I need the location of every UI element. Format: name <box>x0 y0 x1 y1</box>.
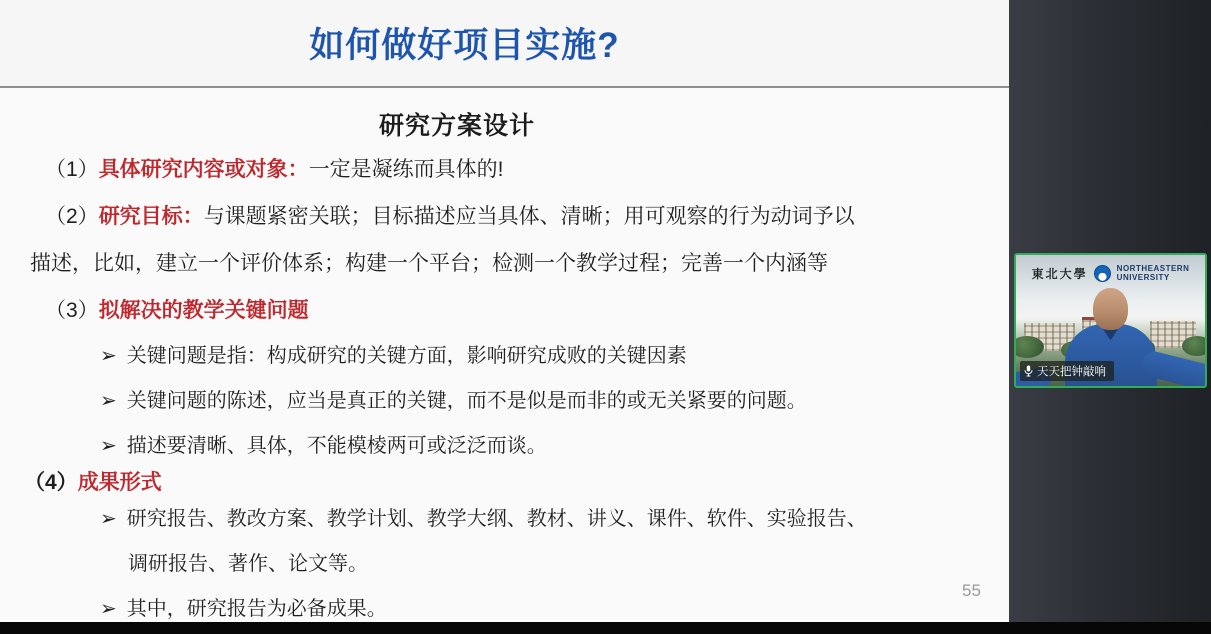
item-number: （4） <box>24 471 78 494</box>
item-number: （1） <box>45 158 99 181</box>
speaker-head <box>1093 288 1128 330</box>
university-name-english: NORTHEASTERN UNIVERSITY <box>1117 264 1190 282</box>
slide-title: 如何做好项目实施? <box>309 18 619 68</box>
list-item-2: （2）研究目标：与课题紧密关联；目标描述应当具体、清晰；用可观察的行为动词予以 <box>45 204 855 230</box>
bullet-text: 研究报告、教改方案、教学计划、教学大纲、教材、讲义、课件、软件、实验报告、 <box>127 508 867 530</box>
bullet-item-continuation: 调研报告、著作、论文等。 <box>128 552 368 577</box>
list-item-3: （3）拟解决的教学关键问题 <box>45 298 309 324</box>
webcam-tile[interactable]: 東北大學 NORTHEASTERN UNIVERSITY 天天把钟敲响 <box>1014 253 1207 388</box>
letterbox-bottom <box>0 622 1211 634</box>
item-heading: 拟解决的教学关键问题 <box>99 299 309 322</box>
tree <box>1182 336 1207 356</box>
bullet-arrow-icon: ➢ <box>100 597 117 622</box>
bullet-item: ➢关键问题是指：构成研究的关键方面，影响研究成败的关键因素 <box>100 344 687 369</box>
item-heading: 具体研究内容或对象： <box>99 158 309 181</box>
page-number: 55 <box>962 581 981 601</box>
item-text: 与课题紧密关联；目标描述应当具体、清晰；用可观察的行为动词予以 <box>204 205 855 228</box>
university-logo-icon <box>1094 265 1111 282</box>
university-name-english-line2: UNIVERSITY <box>1117 273 1190 282</box>
bullet-item: ➢描述要清晰、具体，不能模棱两可或泛泛而谈。 <box>100 434 547 459</box>
slide-subtitle: 研究方案设计 <box>0 106 914 142</box>
university-name-english-line1: NORTHEASTERN <box>1117 264 1190 273</box>
participant-name-tag: 天天把钟敲响 <box>1020 361 1114 381</box>
microphone-icon <box>1024 365 1033 377</box>
list-item-1: （1）具体研究内容或对象：一定是凝练而具体的! <box>45 157 504 183</box>
bullet-text: 关键问题是指：构成研究的关键方面，影响研究成败的关键因素 <box>127 345 687 367</box>
list-item-2-continuation: 描述，比如，建立一个评价体系；构建一个平台；检测一个教学过程；完善一个内涵等 <box>30 251 828 277</box>
item-number: （3） <box>45 299 99 322</box>
item-heading: 研究目标： <box>99 205 204 228</box>
bullet-arrow-icon: ➢ <box>100 344 117 369</box>
university-banner: 東北大學 NORTHEASTERN UNIVERSITY <box>1016 264 1205 282</box>
item-heading: 成果形式 <box>78 471 162 494</box>
item-number: （2） <box>45 205 99 228</box>
list-item-4: （4）成果形式 <box>24 470 162 496</box>
participant-name: 天天把钟敲响 <box>1037 363 1106 379</box>
bullet-item: ➢关键问题的陈述，应当是真正的关键，而不是似是而非的或无关紧要的问题。 <box>100 389 807 414</box>
bullet-text: 关键问题的陈述，应当是真正的关键，而不是似是而非的或无关紧要的问题。 <box>127 390 807 412</box>
item-text: 一定是凝练而具体的! <box>309 158 504 181</box>
presentation-slide: 如何做好项目实施? 研究方案设计 （1）具体研究内容或对象：一定是凝练而具体的!… <box>0 0 1009 622</box>
slide-title-band: 如何做好项目实施? <box>0 0 1009 88</box>
bullet-item: ➢研究报告、教改方案、教学计划、教学大纲、教材、讲义、课件、软件、实验报告、 <box>100 507 867 532</box>
bullet-item: ➢其中，研究报告为必备成果。 <box>100 597 387 622</box>
bullet-arrow-icon: ➢ <box>100 434 117 459</box>
bullet-arrow-icon: ➢ <box>100 507 117 532</box>
university-name-chinese: 東北大學 <box>1032 265 1088 282</box>
bullet-text: 其中，研究报告为必备成果。 <box>127 598 387 620</box>
bullet-arrow-icon: ➢ <box>100 389 117 414</box>
bullet-text: 描述要清晰、具体，不能模棱两可或泛泛而谈。 <box>127 435 547 457</box>
